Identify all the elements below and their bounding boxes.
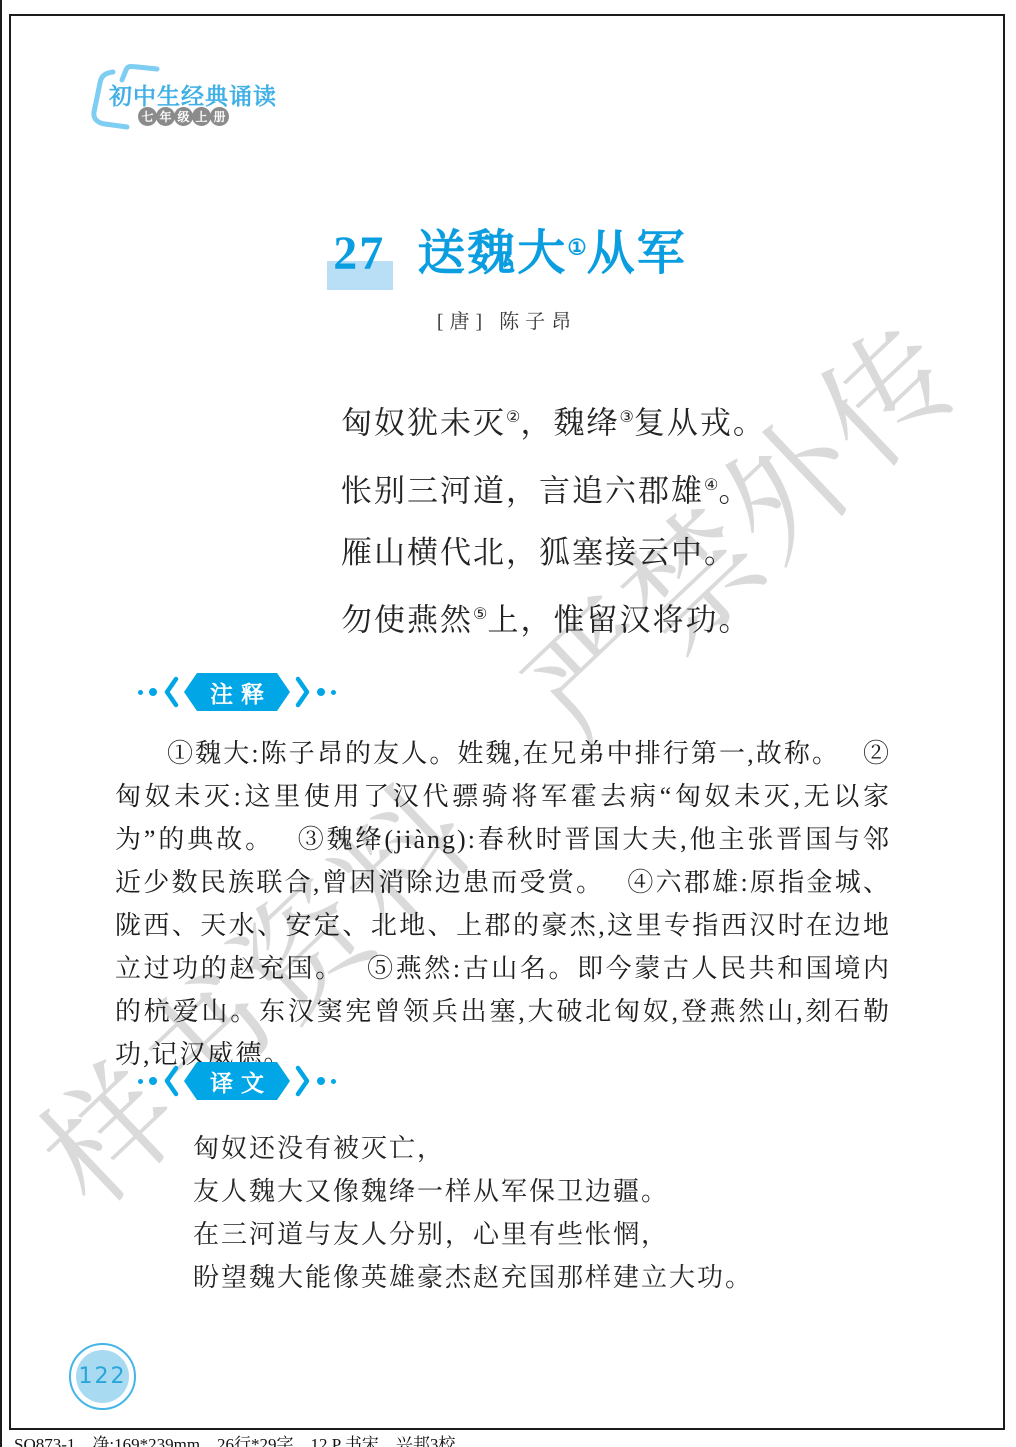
translation-line: 盼望魏大能像英雄豪杰赵充国那样建立大功。 — [193, 1256, 753, 1299]
notes-paragraph: ①魏大:陈子昂的友人。姓魏,在兄弟中排行第一,故称。 ②匈奴未灭:这里使用了汉代… — [115, 732, 891, 1076]
lesson-name: 送魏大①从军 — [417, 227, 686, 280]
poem-line: 怅别三河道，言追六郡雄④。 — [341, 455, 766, 523]
volume-badge: 七 年 级 上 册 — [138, 107, 228, 126]
chevron-left-icon — [163, 1065, 179, 1097]
translation-badge-label: 译文 — [184, 1062, 290, 1100]
deco-dot — [149, 1077, 157, 1085]
deco-dot — [317, 688, 325, 696]
left-crop-mark — [0, 0, 2, 1447]
translation-line: 在三河道与友人分别，心里有些怅惘， — [193, 1213, 753, 1256]
poem-line: 勿使燕然⑤上，惟留汉将功。 — [341, 584, 766, 652]
volume-badge-char: 级 — [174, 107, 193, 126]
page-frame: 样书资料 严禁外传 初中生经典诵读 七 年 级 上 册 27送魏大①从军 [唐]… — [9, 14, 1005, 1430]
poem-line: 匈奴犹未灭②，魏绛③复从戎。 — [341, 387, 766, 455]
lesson-number: 27 — [327, 223, 393, 290]
volume-badge-char: 册 — [210, 107, 229, 126]
deco-dot — [149, 688, 157, 696]
translation-line: 匈奴还没有被灭亡， — [193, 1127, 753, 1170]
chevron-right-icon — [295, 1065, 311, 1097]
deco-dot — [138, 1079, 143, 1084]
series-logo: 初中生经典诵读 七 年 级 上 册 — [81, 56, 341, 136]
notes-section-badge: 注释 — [135, 673, 339, 711]
lesson-title: 27送魏大①从军 — [11, 216, 1003, 290]
volume-badge-char: 年 — [156, 107, 175, 126]
deco-dot — [331, 1079, 336, 1084]
poem-line: 雁山横代北，狐塞接云中。 — [341, 522, 766, 584]
volume-badge-char: 七 — [138, 107, 157, 126]
note-item: ①魏大:陈子昂的友人。姓魏,在兄弟中排行第一,故称。 — [167, 739, 840, 768]
book-page: 样书资料 严禁外传 初中生经典诵读 七 年 级 上 册 27送魏大①从军 [唐]… — [0, 0, 1016, 1447]
notes-badge-label: 注释 — [184, 673, 290, 711]
page-number: 122 — [76, 1350, 129, 1403]
deco-dot — [317, 1077, 325, 1085]
poem-author: [唐] 陈子昂 — [11, 305, 1003, 334]
translation-section-badge: 译文 — [135, 1062, 339, 1100]
volume-badge-char: 上 — [192, 107, 211, 126]
translation-text: 匈奴还没有被灭亡， 友人魏大又像魏绛一样从军保卫边疆。 在三河道与友人分别，心里… — [193, 1127, 753, 1299]
deco-dot — [331, 690, 336, 695]
chevron-left-icon — [163, 676, 179, 708]
imprint-line: SQ873-1 净:169*239mm 26行*29字 12 P 书宋 兴邦3校 — [14, 1430, 455, 1447]
poem: 匈奴犹未灭②，魏绛③复从戎。 怅别三河道，言追六郡雄④。 雁山横代北，狐塞接云中… — [341, 387, 766, 652]
page-number-badge: 122 — [69, 1343, 136, 1410]
deco-dot — [138, 690, 143, 695]
translation-line: 友人魏大又像魏绛一样从军保卫边疆。 — [193, 1170, 753, 1213]
chevron-right-icon — [295, 676, 311, 708]
